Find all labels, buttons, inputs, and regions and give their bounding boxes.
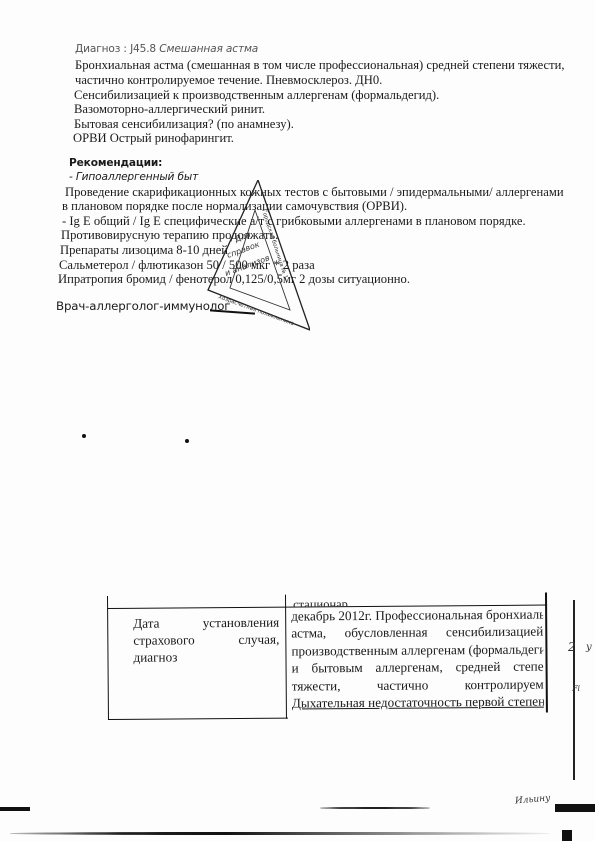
scanned-page: Диагноз : J45.8 Смешанная астма Бронхиал… bbox=[0, 0, 595, 841]
insurance-case-table: стационар Дата установления страхового с… bbox=[107, 592, 573, 720]
table-value-line: и бытовым аллергенам, средней степе bbox=[292, 658, 544, 677]
scan-speck bbox=[185, 439, 189, 443]
diagnosis-line-4: Вазомоторно-аллергический ринит. bbox=[74, 102, 265, 116]
margin-note: 2 bbox=[568, 640, 576, 654]
recommendation-4: - Ig E общий / Ig E специфические а/т с … bbox=[62, 214, 526, 228]
table-border bbox=[285, 595, 287, 719]
handwritten-signature: Ильину bbox=[515, 793, 551, 806]
scan-artifact bbox=[562, 830, 572, 841]
doctor-signature-label: Врач-аллерголог-иммунолог bbox=[56, 299, 230, 313]
table-cut-row-text: стационар bbox=[293, 596, 348, 606]
table-value-line: декабрь 2012г. Профессиональная бронхиал… bbox=[291, 606, 543, 625]
recommendation-1: - Гипоаллергенный быт bbox=[69, 170, 198, 184]
diagnosis-title: Смешанная астма bbox=[159, 43, 258, 55]
diagnosis-line-5: Бытовая сенсибилизация? (по анамнезу). bbox=[74, 117, 294, 131]
table-border bbox=[545, 593, 547, 713]
scan-artifact bbox=[0, 807, 30, 811]
table-cell-label: Дата установления страхового случая, диа… bbox=[133, 614, 279, 666]
margin-note: Fi bbox=[572, 684, 580, 693]
recommendation-3: в плановом порядке после нормализации са… bbox=[62, 199, 407, 213]
table-border bbox=[108, 718, 288, 721]
scan-speck bbox=[82, 434, 86, 438]
recommendation-2: Проведение скарификационных кожных тесто… bbox=[65, 185, 564, 199]
margin-note: у bbox=[586, 642, 592, 653]
scan-artifact bbox=[555, 804, 595, 812]
scan-artifact bbox=[320, 807, 430, 809]
recommendation-6: Препараты лизоцима 8-10 дней bbox=[60, 243, 228, 257]
table-cell-value: декабрь 2012г. Профессиональная бронхиал… bbox=[291, 606, 544, 712]
recommendation-8: Ипратропия бромид / фенотерол 0,125/0,5м… bbox=[58, 272, 410, 286]
stamp-text-2: справок bbox=[226, 240, 261, 260]
table-value-line: производственным аллергенам (формальдеги bbox=[291, 640, 543, 659]
table-value-line: тяжести, частично контролируем bbox=[292, 675, 544, 694]
recommendation-7: Сальметерол / флютиказон 50 / 500 мкг * … bbox=[59, 258, 315, 272]
table-value-line: Дыхательная недостаточность первой степе… bbox=[292, 693, 544, 712]
diagnosis-code: Диагноз : J45.8 bbox=[75, 43, 156, 55]
diagnosis-line-6: ОРВИ Острый ринофарингит. bbox=[73, 131, 234, 145]
table-value-line: астма, обусловленная сенсибилизацией bbox=[291, 623, 543, 642]
diagnosis-line-2: частично контролируемое течение. Пневмос… bbox=[75, 73, 382, 87]
scan-edge bbox=[10, 832, 550, 835]
diagnosis-heading: Диагноз : J45.8 Смешанная астма bbox=[75, 42, 258, 56]
recommendation-5: Противовирусную терапию продолжать. bbox=[61, 228, 278, 242]
recommendations-title: Рекомендации: bbox=[69, 156, 162, 170]
table-border bbox=[107, 596, 109, 720]
diagnosis-line-1: Бронхиальная астма (смешанная в том числ… bbox=[75, 58, 565, 72]
diagnosis-line-3: Сенсибилизацией к производственным аллер… bbox=[74, 88, 439, 102]
